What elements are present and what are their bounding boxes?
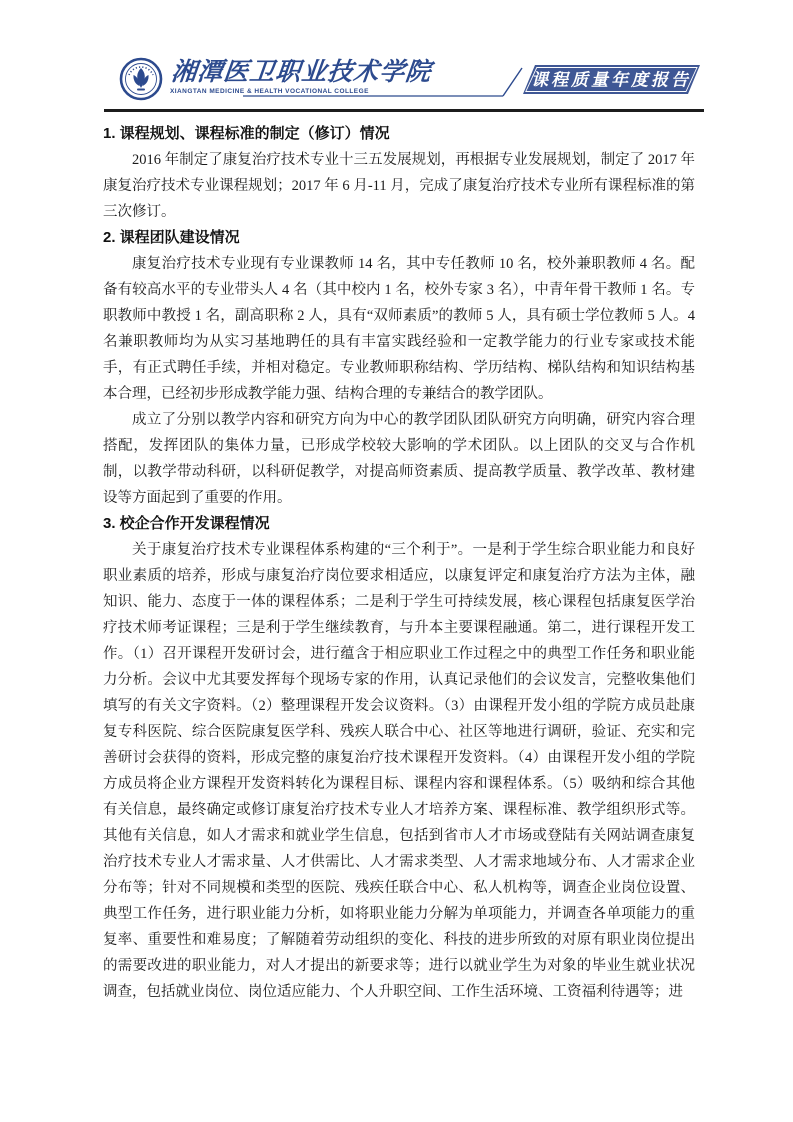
report-banner: 课程质量年度报告 (240, 62, 702, 102)
document-page: 湘潭医卫职业技术学院 XIANGTAN MEDICINE & HEALTH VO… (0, 0, 793, 1122)
banner-diagonal-line (503, 68, 522, 96)
report-banner-title: 课程质量年度报告 (531, 71, 691, 91)
section-2-paragraph-1: 康复治疗技术专业现有专业课教师 14 名，其中专任教师 10 名，校外兼职教师 … (103, 251, 695, 407)
section-2-heading: 2. 课程团队建设情况 (103, 225, 695, 251)
section-1-heading: 1. 课程规划、课程标准的制定（修订）情况 (103, 121, 695, 147)
section-2-paragraph-2: 成立了分别以教学内容和研究方向为中心的教学团队团队研究方向明确，研究内容合理搭配… (103, 407, 695, 511)
section-1-paragraph-1: 2016 年制定了康复治疗技术专业十三五发展规划，再根据专业发展规划，制定了 2… (103, 147, 695, 225)
document-body: 1. 课程规划、课程标准的制定（修订）情况 2016 年制定了康复治疗技术专业十… (103, 121, 695, 1005)
header-divider (104, 109, 704, 112)
section-3-heading: 3. 校企合作开发课程情况 (103, 511, 695, 537)
section-3-paragraph-1: 关于康复治疗技术专业课程体系构建的“三个利于”。一是利于学生综合职业能力和良好职… (103, 537, 695, 1005)
college-seal-icon (119, 57, 163, 101)
